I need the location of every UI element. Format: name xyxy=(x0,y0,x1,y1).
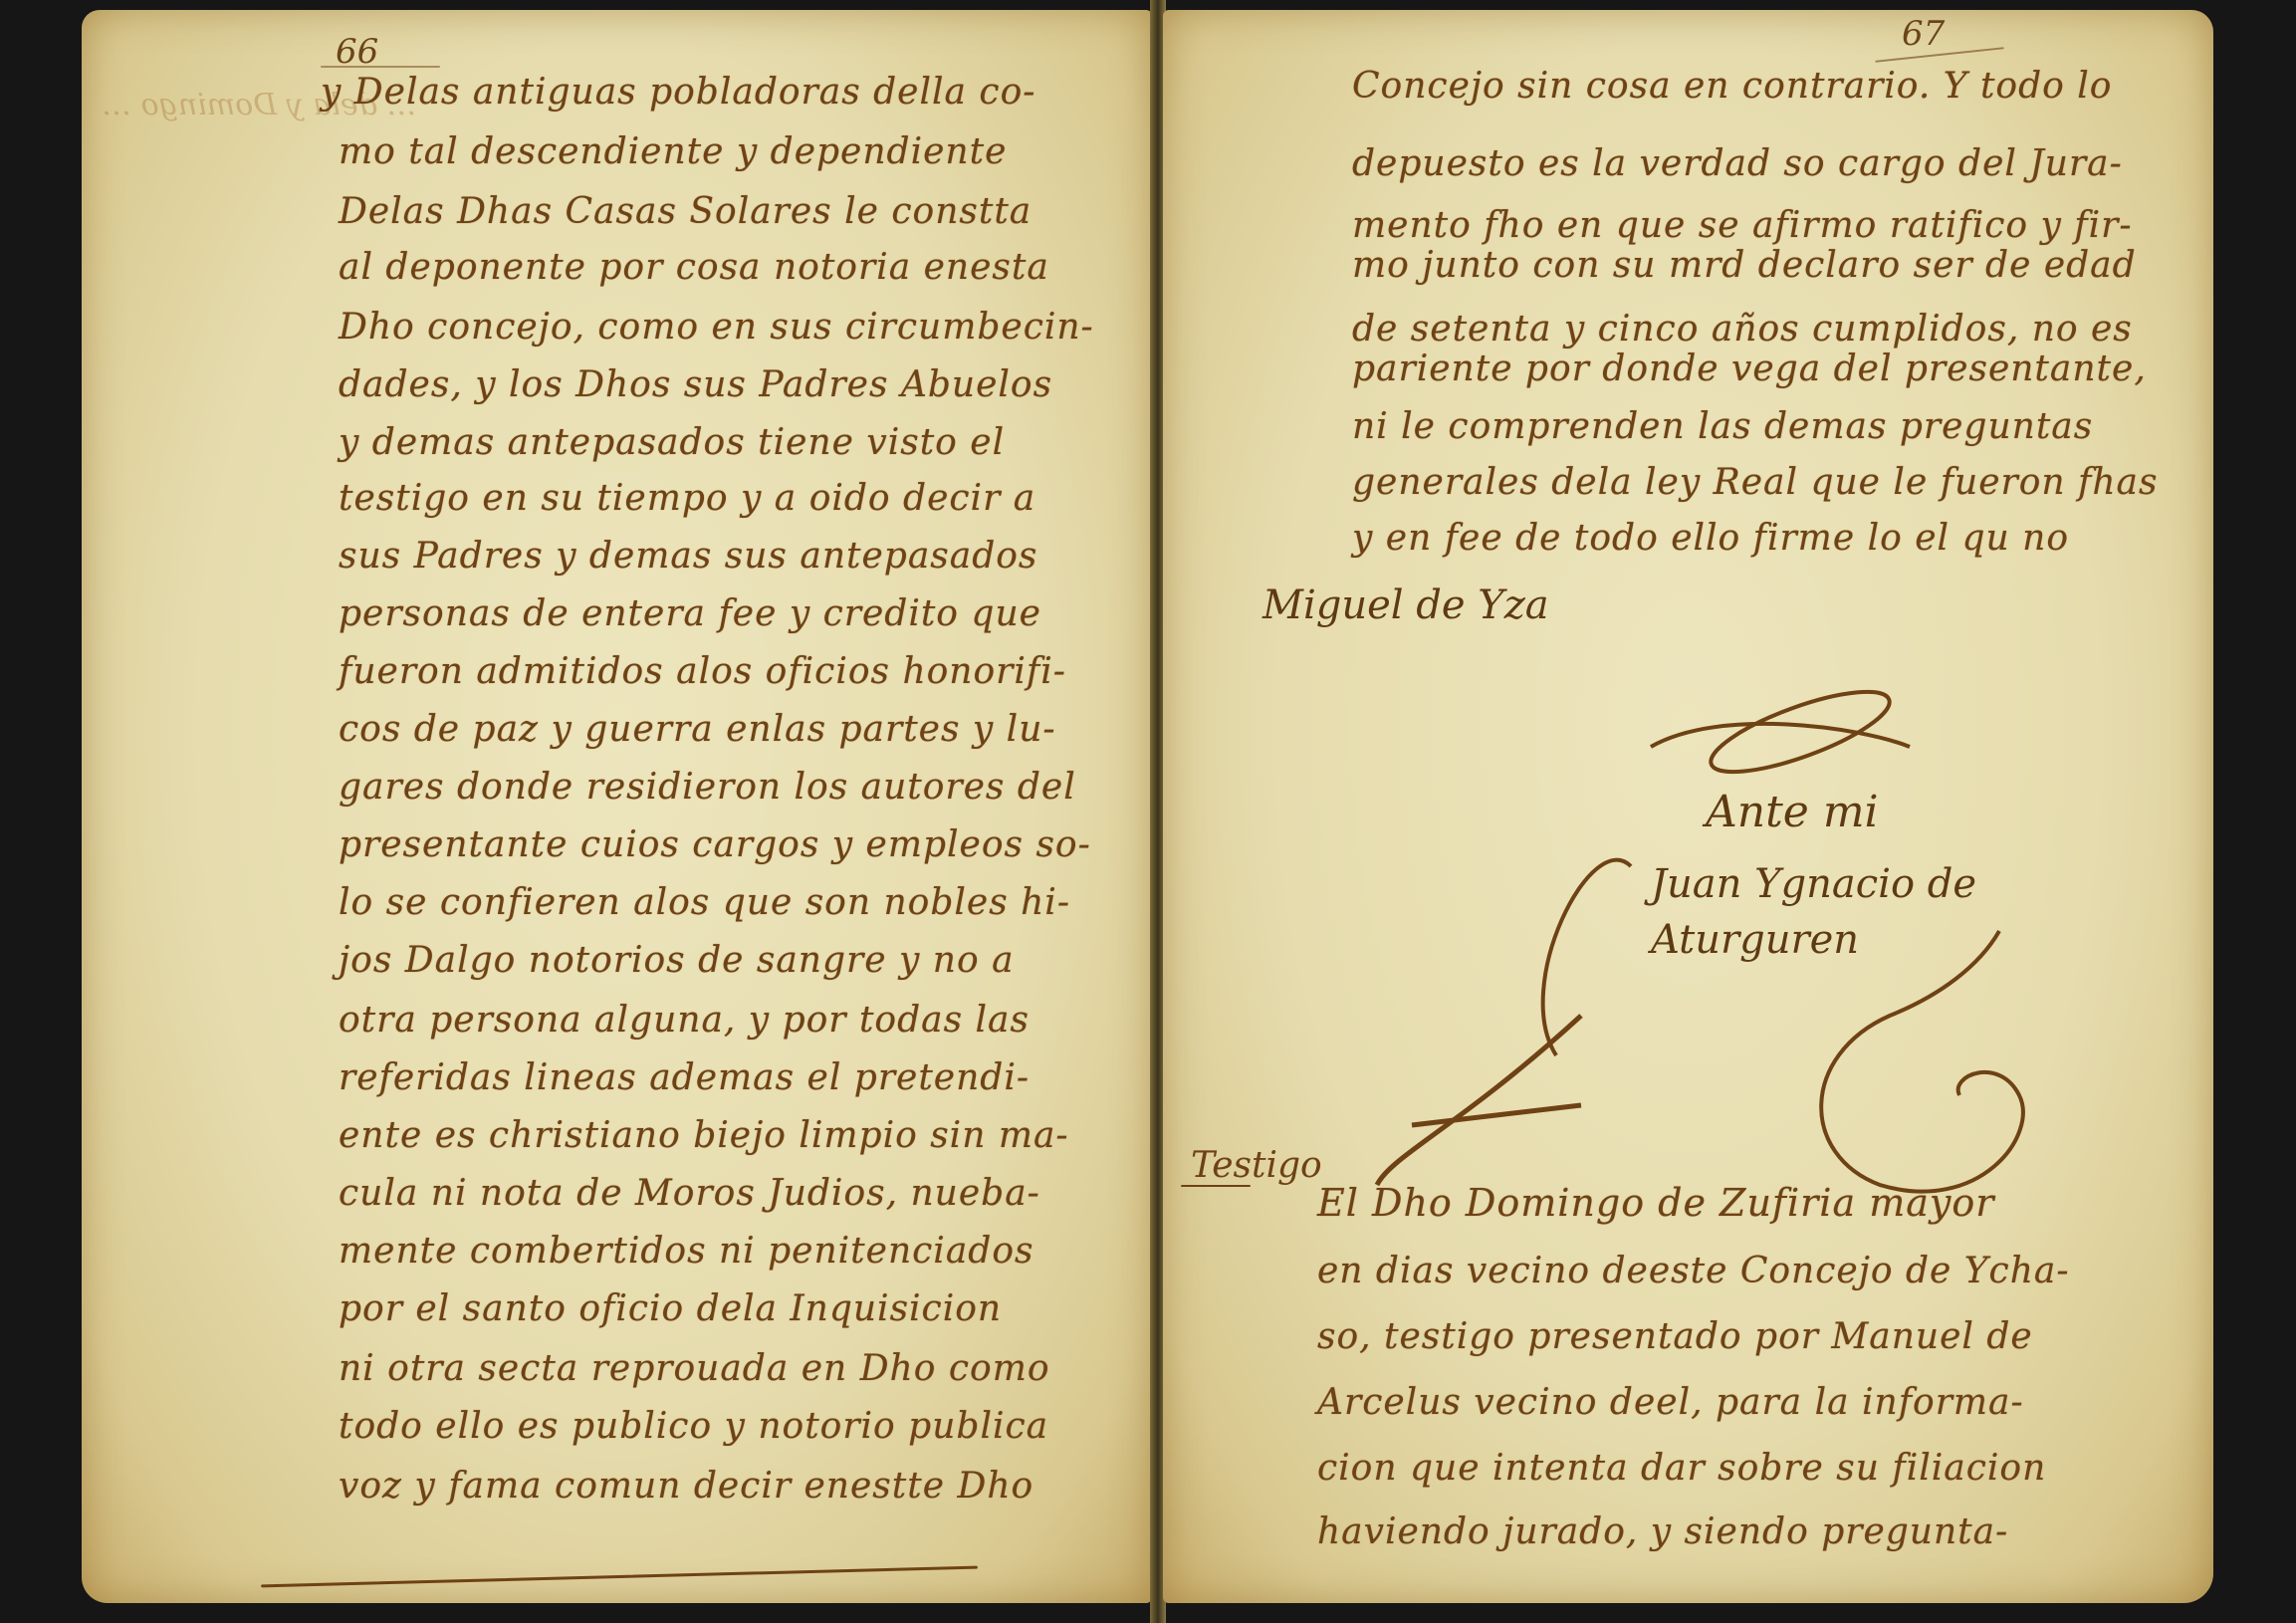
right-page: 67 Concejo sin cosa en contrario. Y todo… xyxy=(1163,10,2213,1603)
text-line: fueron admitidos alos oficios honorifi- xyxy=(339,651,1066,692)
folio-underline xyxy=(321,66,440,68)
closing-rule-line xyxy=(261,1566,978,1588)
text-line: El Dho Domingo de Zufiria mayor xyxy=(1317,1181,1994,1225)
text-line: mo tal descendiente y dependiente xyxy=(339,131,1007,172)
left-page: 66 … dela y Domingo … y Delas antiguas p… xyxy=(82,10,1152,1603)
text-line: so, testigo presentado por Manuel de xyxy=(1317,1316,2033,1357)
text-line: personas de entera fee y credito que xyxy=(339,593,1041,634)
text-line: en dias vecino deeste Concejo de Ycha- xyxy=(1317,1251,2070,1291)
text-line: cula ni nota de Moros Judios, nueba- xyxy=(339,1173,1040,1214)
margin-note-underline xyxy=(1181,1185,1251,1187)
text-line: cion que intenta dar sobre su filiacion xyxy=(1317,1448,2046,1489)
text-line: Delas Dhas Casas Solares le constta xyxy=(339,191,1032,232)
text-line: todo ello es publico y notorio publica xyxy=(339,1406,1048,1447)
open-manuscript-book: 66 … dela y Domingo … y Delas antiguas p… xyxy=(0,0,2296,1623)
text-line: al deponente por cosa notoria enesta xyxy=(339,247,1049,288)
text-line: Arcelus vecino deel, para la informa- xyxy=(1317,1382,2024,1423)
text-line: presentante cuios cargos y empleos so- xyxy=(339,824,1091,865)
text-line: gares donde residieron los autores del xyxy=(339,767,1076,808)
text-line: otra persona alguna, y por todas las xyxy=(339,1000,1030,1041)
text-line: sus Padres y demas sus antepasados xyxy=(339,536,1037,577)
text-line: cos de paz y guerra enlas partes y lu- xyxy=(339,709,1056,750)
signature-flourish-icon xyxy=(1163,10,2213,1603)
text-line: y demas antepasados tiene visto el xyxy=(339,422,1005,463)
text-line: referidas lineas ademas el pretendi- xyxy=(339,1057,1030,1098)
text-line: lo se confieren alos que son nobles hi- xyxy=(339,882,1070,923)
text-line: voz y fama comun decir enestte Dho xyxy=(339,1466,1033,1507)
text-line: dades, y los Dhos sus Padres Abuelos xyxy=(339,364,1052,405)
text-line: por el santo oficio dela Inquisicion xyxy=(339,1288,1002,1329)
text-line: jos Dalgo notorios de sangre y no a xyxy=(339,940,1015,981)
text-line: Dho concejo, como en sus circumbecin- xyxy=(339,307,1094,348)
text-line: haviendo jurado, y siendo pregunta- xyxy=(1317,1511,2008,1552)
text-line: mente combertidos ni penitenciados xyxy=(339,1231,1033,1272)
margin-note-testigo: Testigo xyxy=(1191,1145,1322,1186)
text-line: y Delas antiguas pobladoras della co- xyxy=(321,72,1035,113)
text-line: ente es christiano biejo limpio sin ma- xyxy=(339,1115,1069,1156)
text-line: ni otra secta reprouada en Dho como xyxy=(339,1348,1050,1389)
text-line: testigo en su tiempo y a oido decir a xyxy=(339,478,1035,519)
